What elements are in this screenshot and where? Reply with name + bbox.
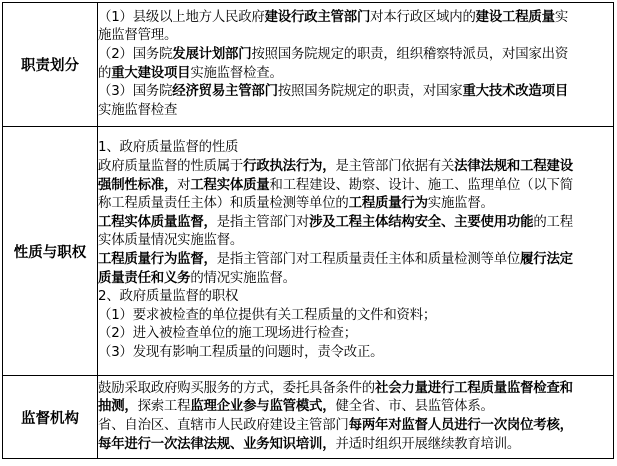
- text-segment: 实施监督检查。: [190, 66, 282, 81]
- text-segment: 称工程质量责任主体）和质量检测等单位的: [98, 196, 349, 211]
- text-segment: 实施监督。: [428, 196, 494, 211]
- text-segment: 对: [177, 178, 190, 193]
- bold-text: 每两年对监督人员进行一次岗位考核，: [349, 418, 573, 433]
- bold-text: 工程实体质量监督，: [98, 215, 217, 230]
- content-table: 职责划分 （1）县级以上地方人民政府建设行政主管部门对本行政区域内的建设工程质量…: [2, 2, 614, 459]
- text-segment: 的情况实施监督。: [190, 271, 296, 286]
- text-line: 施监督管理。: [98, 27, 613, 46]
- text-segment: 2、政府质量监督的职权: [98, 289, 238, 304]
- text-line: 实施监督检查: [98, 102, 613, 121]
- bold-text: 抽测，: [98, 399, 138, 414]
- bold-text: 法律法规和工程建设: [454, 159, 573, 174]
- bold-text: 建设工程质量: [476, 10, 555, 25]
- text-segment: 实: [555, 10, 568, 25]
- bold-text: 建设行政主管部门: [265, 10, 371, 25]
- bold-text: 行政执法行为，: [243, 159, 335, 174]
- text-line: （1）要求被检查的单位提供有关工程质量的文件和资料；: [98, 307, 613, 326]
- table-row: 职责划分 （1）县级以上地方人民政府建设行政主管部门对本行政区域内的建设工程质量…: [3, 3, 614, 127]
- text-segment: 是指主管部门对工程质量责任主体和质量检测等单位: [217, 252, 520, 267]
- text-line: （2）进入被检查单位的施工现场进行检查；: [98, 325, 613, 344]
- text-line: （1）县级以上地方人民政府建设行政主管部门对本行政区域内的建设工程质量实: [98, 9, 613, 28]
- text-line: 每年进行一次法律法规、业务知识培训，并适时组织开展继续教育培训。: [98, 436, 613, 455]
- text-segment: 省、自治区、直辖市人民政府建设主管部门: [98, 418, 349, 433]
- row-content: 鼓励采取政府购买服务的方式，委托具备条件的社会力量进行工程质量监督检查和抽测，探…: [98, 376, 614, 459]
- bold-text: 履行法定: [520, 252, 573, 267]
- bold-text: 工程质量行为监督，: [98, 252, 217, 267]
- bold-text: 强制性标准，: [98, 178, 177, 193]
- text-line: 抽测，探索工程监理企业参与监管模式，健全省、市、县监管体系。: [98, 398, 613, 417]
- text-line: 称工程质量责任主体）和质量检测等单位的工程质量行为实施监督。: [98, 195, 613, 214]
- text-line: 工程质量行为监督，是指主管部门对工程质量责任主体和质量检测等单位履行法定: [98, 251, 613, 270]
- text-line: （2）国务院发展计划部门按照国务院规定的职责，组织稽察特派员，对国家出资: [98, 46, 613, 65]
- row-content: （1）县级以上地方人民政府建设行政主管部门对本行政区域内的建设工程质量实施监督管…: [98, 3, 614, 127]
- text-segment: 按照国务院规定的职责，组织稽察特派员，对国家出资: [251, 47, 568, 62]
- text-segment: 按照国务院规定的职责，对国家: [278, 84, 463, 99]
- table-row: 监督机构 鼓励采取政府购买服务的方式，委托具备条件的社会力量进行工程质量监督检查…: [3, 376, 614, 459]
- text-segment: 鼓励采取政府购买服务的方式，委托具备条件的: [98, 381, 375, 396]
- text-line: 政府质量监督的性质属于行政执法行为，是主管部门依据有关法律法规和工程建设: [98, 158, 613, 177]
- text-line: 实体质量情况实施监督。: [98, 232, 613, 251]
- text-segment: 的: [98, 66, 111, 81]
- text-segment: 施监督管理。: [98, 28, 177, 43]
- row-label: 性质与职权: [3, 127, 98, 376]
- text-line: 鼓励采取政府购买服务的方式，委托具备条件的社会力量进行工程质量监督检查和: [98, 380, 613, 399]
- text-segment: 政府质量监督的性质属于: [98, 159, 243, 174]
- bold-text: 工程质量行为: [349, 196, 428, 211]
- bold-text: 每年进行一次法律法规、业务知识培训，: [98, 437, 335, 452]
- text-segment: （3）国务院: [98, 84, 172, 99]
- text-segment: 和工程建设、勘察、设计、施工、监理单位（以下简: [270, 178, 573, 193]
- bold-text: 监理企业参与监管模式，: [190, 399, 335, 414]
- bold-text: 发展计划部门: [172, 47, 251, 62]
- text-segment: （1）县级以上地方人民政府: [98, 10, 265, 25]
- bold-text: 质量责任和义务: [98, 271, 190, 286]
- text-line: 质量责任和义务的情况实施监督。: [98, 270, 613, 289]
- text-segment: 是主管部门依据有关: [335, 159, 454, 174]
- text-segment: （1）要求被检查的单位提供有关工程质量的文件和资料；: [98, 308, 436, 323]
- text-line: 工程实体质量监督，是指主管部门对涉及工程主体结构安全、主要使用功能的工程: [98, 214, 613, 233]
- bold-text: 重大建设项目: [111, 66, 190, 81]
- text-segment: 的工程: [533, 215, 573, 230]
- text-line: 省、自治区、直辖市人民政府建设主管部门每两年对监督人员进行一次岗位考核，: [98, 417, 613, 436]
- text-line: （3）国务院经济贸易主管部门按照国务院规定的职责，对国家重大技术改造项目: [98, 83, 613, 102]
- text-line: 强制性标准，对工程实体质量和工程建设、勘察、设计、施工、监理单位（以下简: [98, 177, 613, 196]
- text-line: 2、政府质量监督的职权: [98, 288, 613, 307]
- bold-text: 重大技术改造项目: [462, 84, 568, 99]
- text-segment: （2）国务院: [98, 47, 172, 62]
- row-label: 职责划分: [3, 3, 98, 127]
- bold-text: 社会力量进行工程质量监督检查和: [375, 381, 573, 396]
- text-line: 1、政府质量监督的性质: [98, 139, 613, 158]
- text-segment: （3）发现有影响工程质量的问题时，责令改正。: [98, 345, 383, 360]
- text-segment: 健全省、市、县监管体系。: [335, 399, 493, 414]
- text-line: （3）发现有影响工程质量的问题时，责令改正。: [98, 344, 613, 363]
- bold-text: 经济贸易主管部门: [172, 84, 278, 99]
- text-segment: 实施监督检查: [98, 103, 177, 118]
- text-segment: 是指主管部门对: [217, 215, 309, 230]
- text-segment: 1、政府质量监督的性质: [98, 140, 238, 155]
- text-segment: 并适时组织开展继续教育培训。: [335, 437, 520, 452]
- bold-text: 工程实体质量: [190, 178, 269, 193]
- text-segment: 实体质量情况实施监督。: [98, 233, 243, 248]
- text-segment: 探索工程: [138, 399, 191, 414]
- text-line: 的重大建设项目实施监督检查。: [98, 65, 613, 84]
- row-label: 监督机构: [3, 376, 98, 459]
- row-content: 1、政府质量监督的性质政府质量监督的性质属于行政执法行为，是主管部门依据有关法律…: [98, 127, 614, 376]
- text-segment: 对本行政区域内的: [370, 10, 476, 25]
- bold-text: 涉及工程主体结构安全、主要使用功能: [309, 215, 533, 230]
- table-row: 性质与职权 1、政府质量监督的性质政府质量监督的性质属于行政执法行为，是主管部门…: [3, 127, 614, 376]
- text-segment: （2）进入被检查单位的施工现场进行检查；: [98, 326, 357, 341]
